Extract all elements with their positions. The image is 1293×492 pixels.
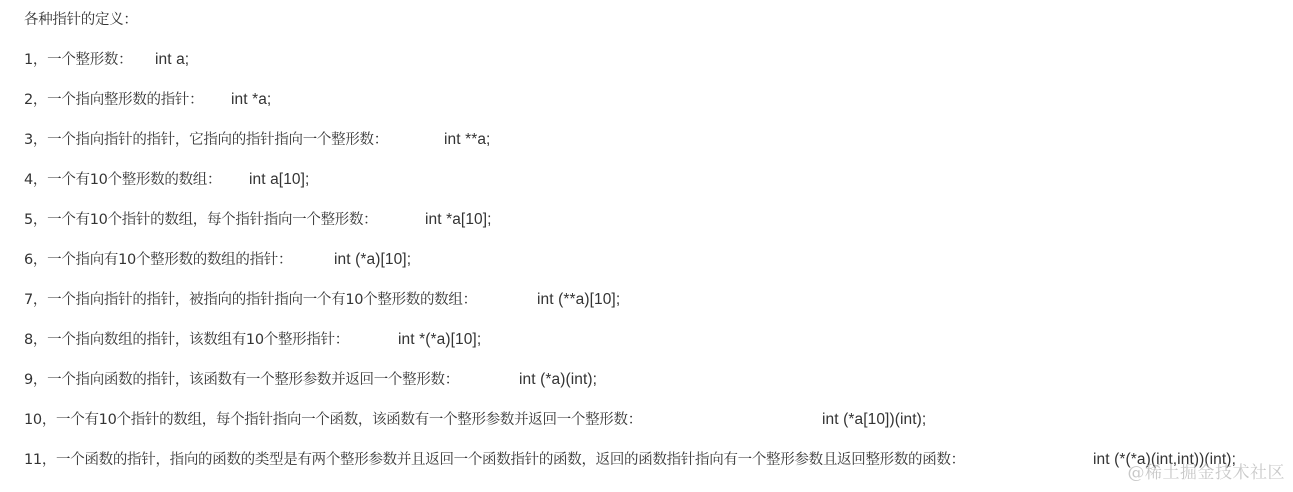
definition-code: int (**a)[10]; <box>537 289 620 311</box>
document-title: 各种指针的定义： <box>24 9 138 31</box>
definition-code: int (*a[10])(int); <box>822 409 926 431</box>
pointer-definitions-document: 各种指针的定义： 1，一个整形数： int a; 2，一个指向整形数的指针： i… <box>0 0 1293 492</box>
definition-code: int *(*a)[10]; <box>398 329 481 351</box>
definition-code: int a; <box>155 49 189 71</box>
definition-code: int *a; <box>231 89 271 111</box>
definition-code: int (*a)[10]; <box>334 249 411 271</box>
definition-code: int a[10]; <box>249 169 309 191</box>
watermark: @稀土掘金技术社区 <box>1128 462 1286 484</box>
definition-label: 10，一个有10个指针的数组，每个指针指向一个函数，该函数有一个整形参数并返回一… <box>24 409 642 431</box>
definition-label: 6，一个指向有10个整形数的数组的指针： <box>24 249 292 271</box>
definition-code: int *a[10]; <box>425 209 492 231</box>
definition-label: 2，一个指向整形数的指针： <box>24 89 203 111</box>
definition-label: 11，一个函数的指针，指向的函数的类型是有两个整形参数并且返回一个函数指针的函数… <box>24 449 965 471</box>
definition-label: 5，一个有10个指针的数组，每个指针指向一个整形数： <box>24 209 377 231</box>
definition-label: 7，一个指向指针的指针，被指向的指针指向一个有10个整形数的数组： <box>24 289 477 311</box>
definition-label: 4，一个有10个整形数的数组： <box>24 169 221 191</box>
definition-label: 8，一个指向数组的指针，该数组有10个整形指针： <box>24 329 349 351</box>
definition-label: 3，一个指向指针的指针，它指向的指针指向一个整形数： <box>24 129 388 151</box>
definition-code: int **a; <box>444 129 490 151</box>
definition-code: int (*a)(int); <box>519 369 597 391</box>
definition-label: 9，一个指向函数的指针，该函数有一个整形参数并返回一个整形数： <box>24 369 459 391</box>
definition-label: 1，一个整形数： <box>24 49 132 71</box>
